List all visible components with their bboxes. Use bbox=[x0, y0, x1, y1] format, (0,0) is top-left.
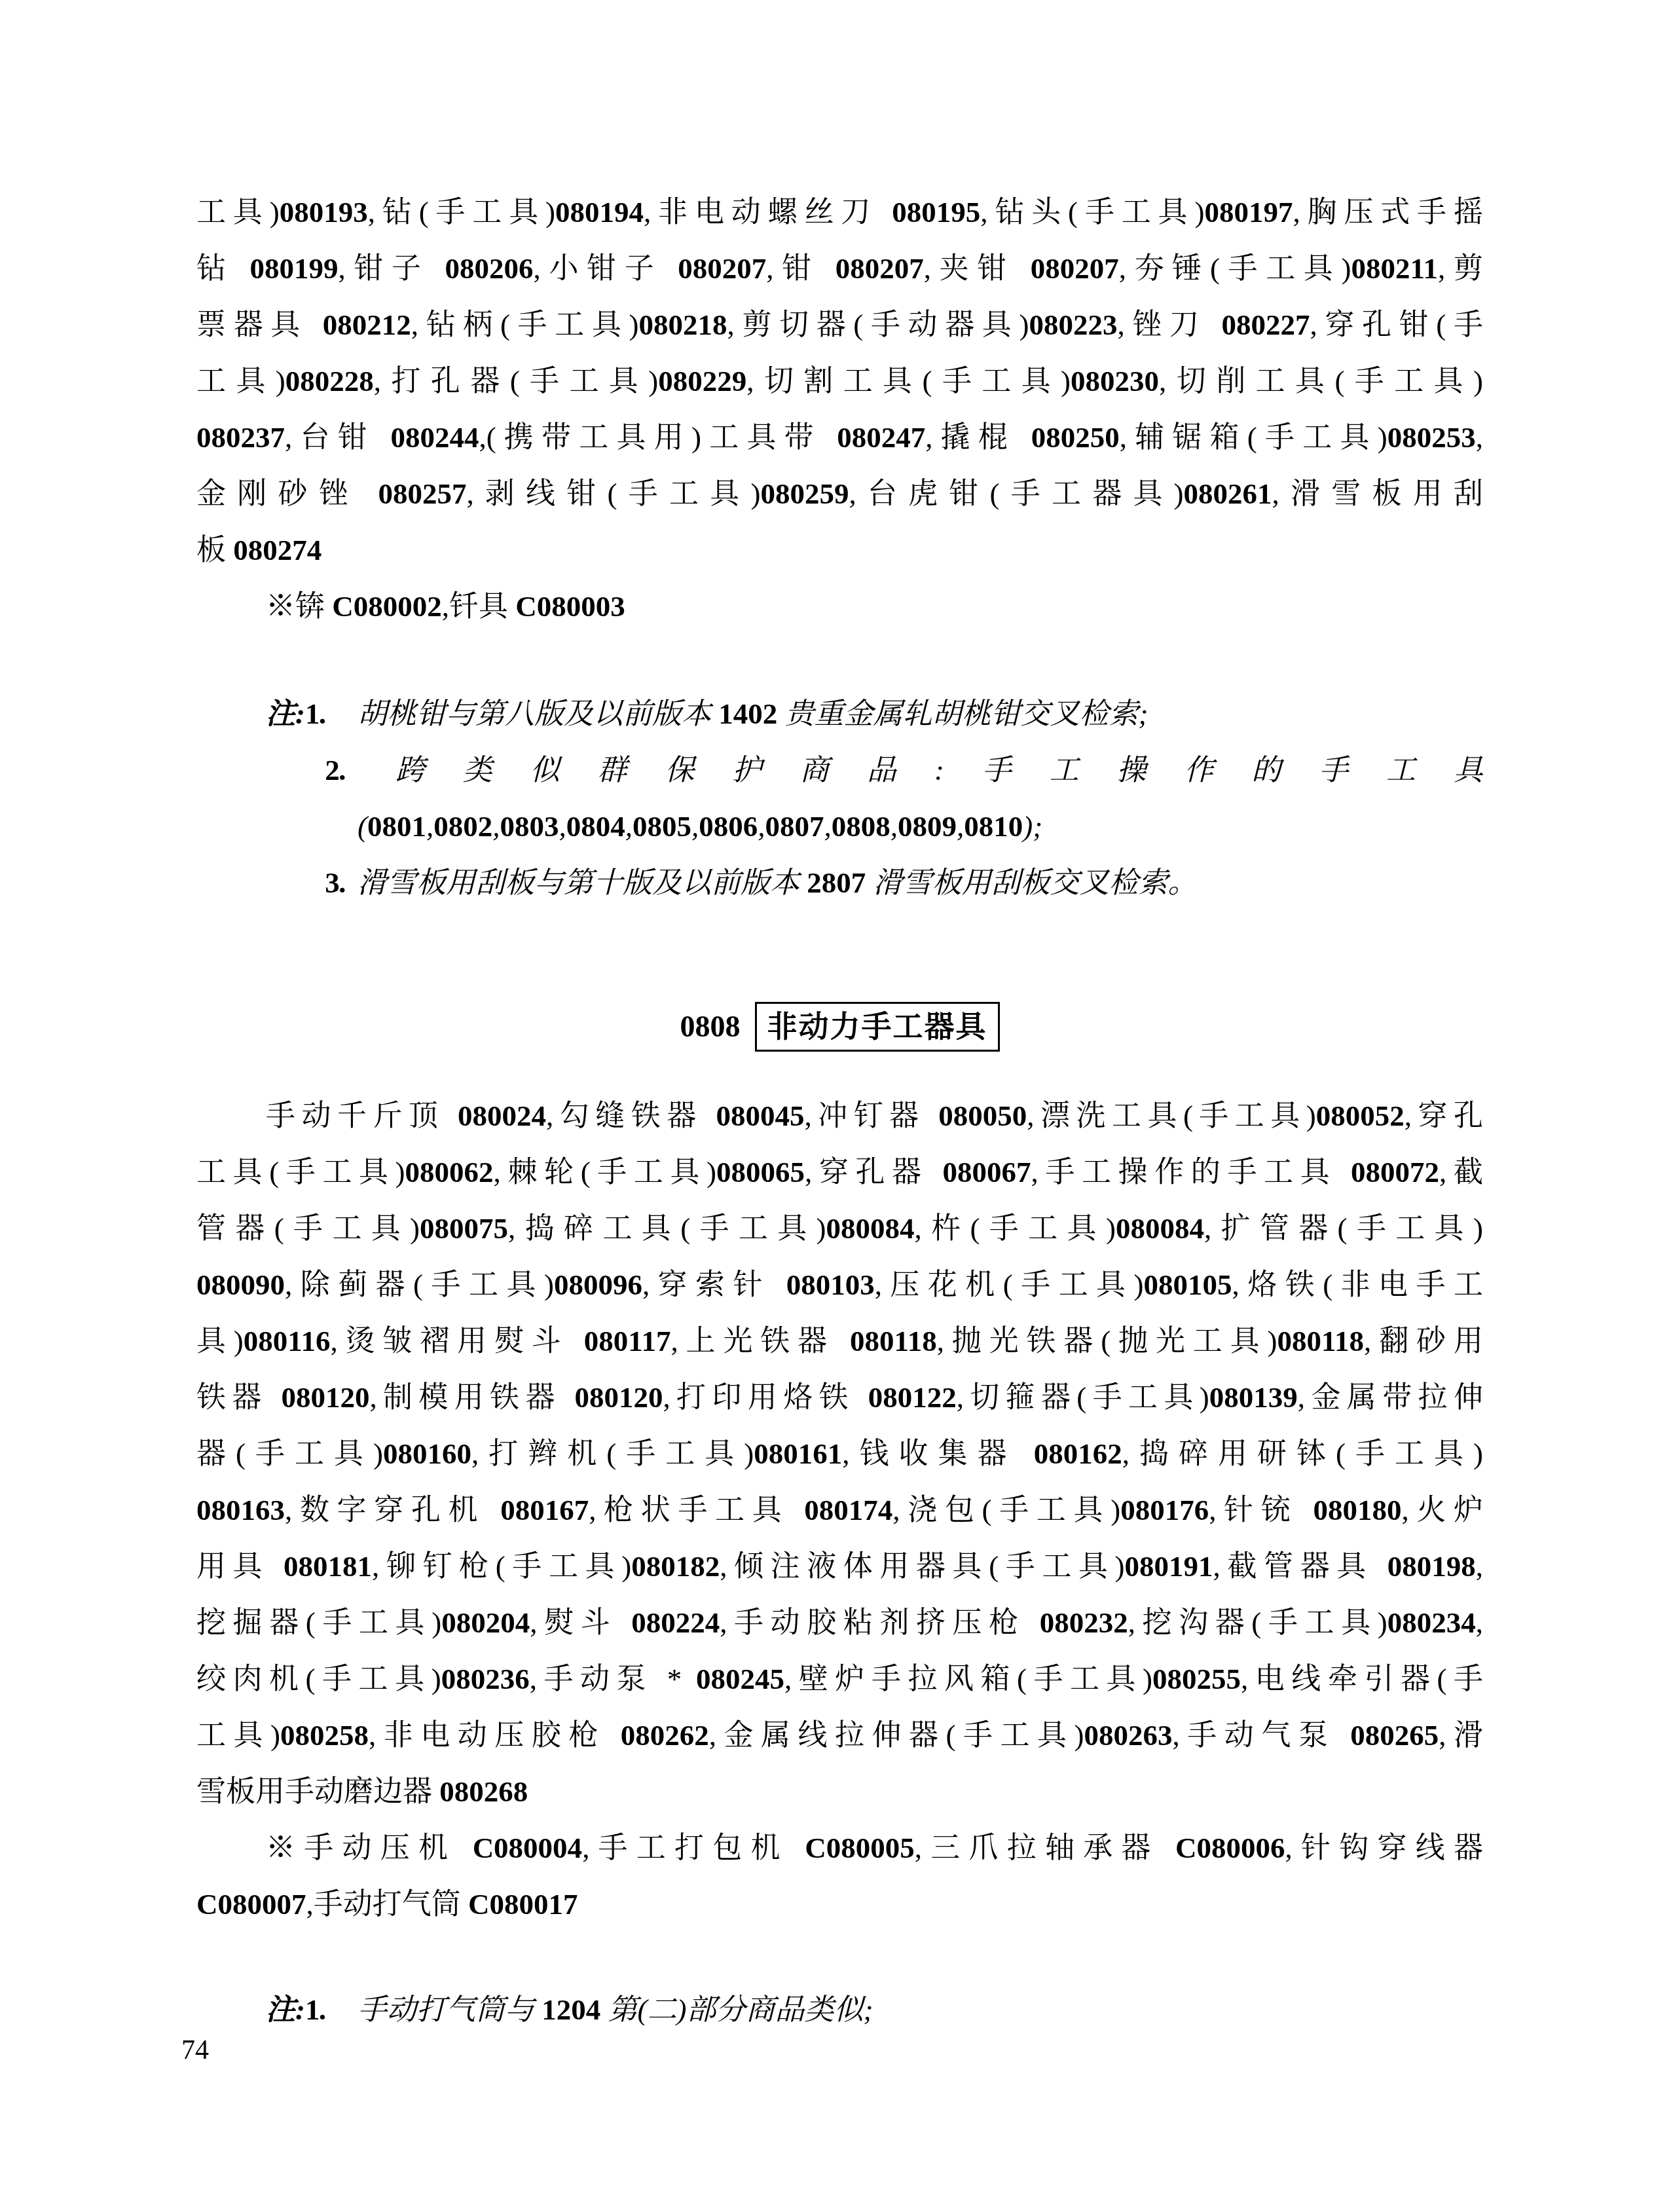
goods-line: 钻 080199,钳子 080206,小钳子 080207,钳 080207,夹… bbox=[196, 240, 1483, 297]
note-label: 3. bbox=[266, 855, 358, 911]
note-text: 滑雪板用刮板与第十版及以前版本 2807 滑雪板用刮板交叉检索。 bbox=[358, 866, 1198, 899]
goods-line: 手动千斤顶 080024,勾缝铁器 080045,冲钉器 080050,漂洗工具… bbox=[196, 1088, 1483, 1144]
goods-paragraph-0807: 工具)080193,钻(手工具)080194,非电动螺丝刀 080195,钻头(… bbox=[196, 184, 1483, 578]
goods-line: 铁器 080120,制模用铁器 080120,打印用烙铁 080122,切箍器(… bbox=[196, 1369, 1483, 1426]
goods-line: ※锛 C080002,钎具 C080003 bbox=[196, 578, 1483, 635]
goods-line: 金刚砂锉 080257,剥线钳(手工具)080259,台虎钳(手工器具)0802… bbox=[196, 466, 1483, 522]
page-number: 74 bbox=[181, 2034, 209, 2067]
note-text: 跨类似群保护商品:手工操作的手工具(0801,0802,0803,0804,08… bbox=[358, 754, 1483, 843]
supplementary-goods-0807: ※锛 C080002,钎具 C080003 bbox=[196, 578, 1483, 635]
supplementary-goods-0808: ※手动压机 C080004,手工打包机 C080005,三爪拉轴承器 C0800… bbox=[196, 1820, 1483, 1932]
goods-line: 工具)080193,钻(手工具)080194,非电动螺丝刀 080195,钻头(… bbox=[196, 184, 1483, 240]
goods-line: 器(手工具)080160,打辫机(手工具)080161,钱收集器 080162,… bbox=[196, 1426, 1483, 1482]
goods-line: C080007,手动打气筒 C080017 bbox=[196, 1876, 1483, 1932]
goods-line: 080237,台钳 080244,(携带工具用)工具带 080247,撬棍 08… bbox=[196, 409, 1483, 466]
notes-block-0808: 注:1.手动打气筒与 1204 第(二)部分商品类似; bbox=[196, 1982, 1483, 2038]
page-content: 工具)080193,钻(手工具)080194,非电动螺丝刀 080195,钻头(… bbox=[196, 184, 1483, 2038]
section-0808: 手动千斤顶 080024,勾缝铁器 080045,冲钉器 080050,漂洗工具… bbox=[196, 1088, 1483, 2038]
goods-line: 080163,数字穿孔机 080167,枪状手工具 080174,浇包(手工具)… bbox=[196, 1482, 1483, 1538]
goods-line: 绞肉机(手工具)080236,手动泵 * 080245,壁炉手拉风箱(手工具)0… bbox=[196, 1651, 1483, 1707]
note-label: 2. bbox=[266, 742, 358, 798]
section-0808-header: 0808 非动力手工器具 bbox=[196, 995, 1483, 1059]
goods-line: 用具 080181,铆钉枪(手工具)080182,倾注液体用器具(手工具)080… bbox=[196, 1538, 1483, 1594]
note-item: 2.跨类似群保护商品:手工操作的手工具(0801,0802,0803,0804,… bbox=[196, 742, 1483, 855]
goods-line: 工具)080228,打孔器(手工具)080229,切割工具(手工具)080230… bbox=[196, 353, 1483, 409]
note-label: 注:1. bbox=[266, 686, 358, 742]
document-page: 工具)080193,钻(手工具)080194,非电动螺丝刀 080195,钻头(… bbox=[0, 0, 1671, 2212]
section-title-boxed: 非动力手工器具 bbox=[755, 1002, 1000, 1052]
goods-line: 具)080116,烫皱褶用熨斗 080117,上光铁器 080118,抛光铁器(… bbox=[196, 1313, 1483, 1369]
goods-line: 票器具 080212,钻柄(手工具)080218,剪切器(手动器具)080223… bbox=[196, 297, 1483, 353]
note-item: 注:1.手动打气筒与 1204 第(二)部分商品类似; bbox=[196, 1982, 1483, 2038]
note-text: 胡桃钳与第八版及以前版本 1402 贵重金属轧胡桃钳交叉检索; bbox=[358, 697, 1148, 730]
section-0807-continuation: 工具)080193,钻(手工具)080194,非电动螺丝刀 080195,钻头(… bbox=[196, 184, 1483, 911]
goods-line: 工具)080258,非电动压胶枪 080262,金属线拉伸器(手工具)08026… bbox=[196, 1707, 1483, 1763]
note-text: 手动打气筒与 1204 第(二)部分商品类似; bbox=[358, 1993, 873, 2026]
goods-line: ※手动压机 C080004,手工打包机 C080005,三爪拉轴承器 C0800… bbox=[196, 1820, 1483, 1876]
section-code: 0808 bbox=[680, 999, 741, 1055]
goods-line: 雪板用手动磨边器 080268 bbox=[196, 1763, 1483, 1820]
goods-line: 工具(手工具)080062,棘轮(手工具)080065,穿孔器 080067,手… bbox=[196, 1144, 1483, 1200]
note-item: 注:1.胡桃钳与第八版及以前版本 1402 贵重金属轧胡桃钳交叉检索; bbox=[196, 686, 1483, 742]
note-label: 注:1. bbox=[266, 1982, 358, 2038]
notes-block-0807: 注:1.胡桃钳与第八版及以前版本 1402 贵重金属轧胡桃钳交叉检索;2.跨类似… bbox=[196, 686, 1483, 911]
goods-line: 挖掘器(手工具)080204,熨斗 080224,手动胶粘剂挤压枪 080232… bbox=[196, 1594, 1483, 1651]
goods-line: 板 080274 bbox=[196, 522, 1483, 578]
note-item: 3.滑雪板用刮板与第十版及以前版本 2807 滑雪板用刮板交叉检索。 bbox=[196, 855, 1483, 911]
goods-line: 080090,除蓟器(手工具)080096,穿索针 080103,压花机(手工具… bbox=[196, 1257, 1483, 1313]
goods-paragraph-0808: 手动千斤顶 080024,勾缝铁器 080045,冲钉器 080050,漂洗工具… bbox=[196, 1088, 1483, 1820]
goods-line: 管器(手工具)080075,捣碎工具(手工具)080084,杵(手工具)0800… bbox=[196, 1200, 1483, 1257]
